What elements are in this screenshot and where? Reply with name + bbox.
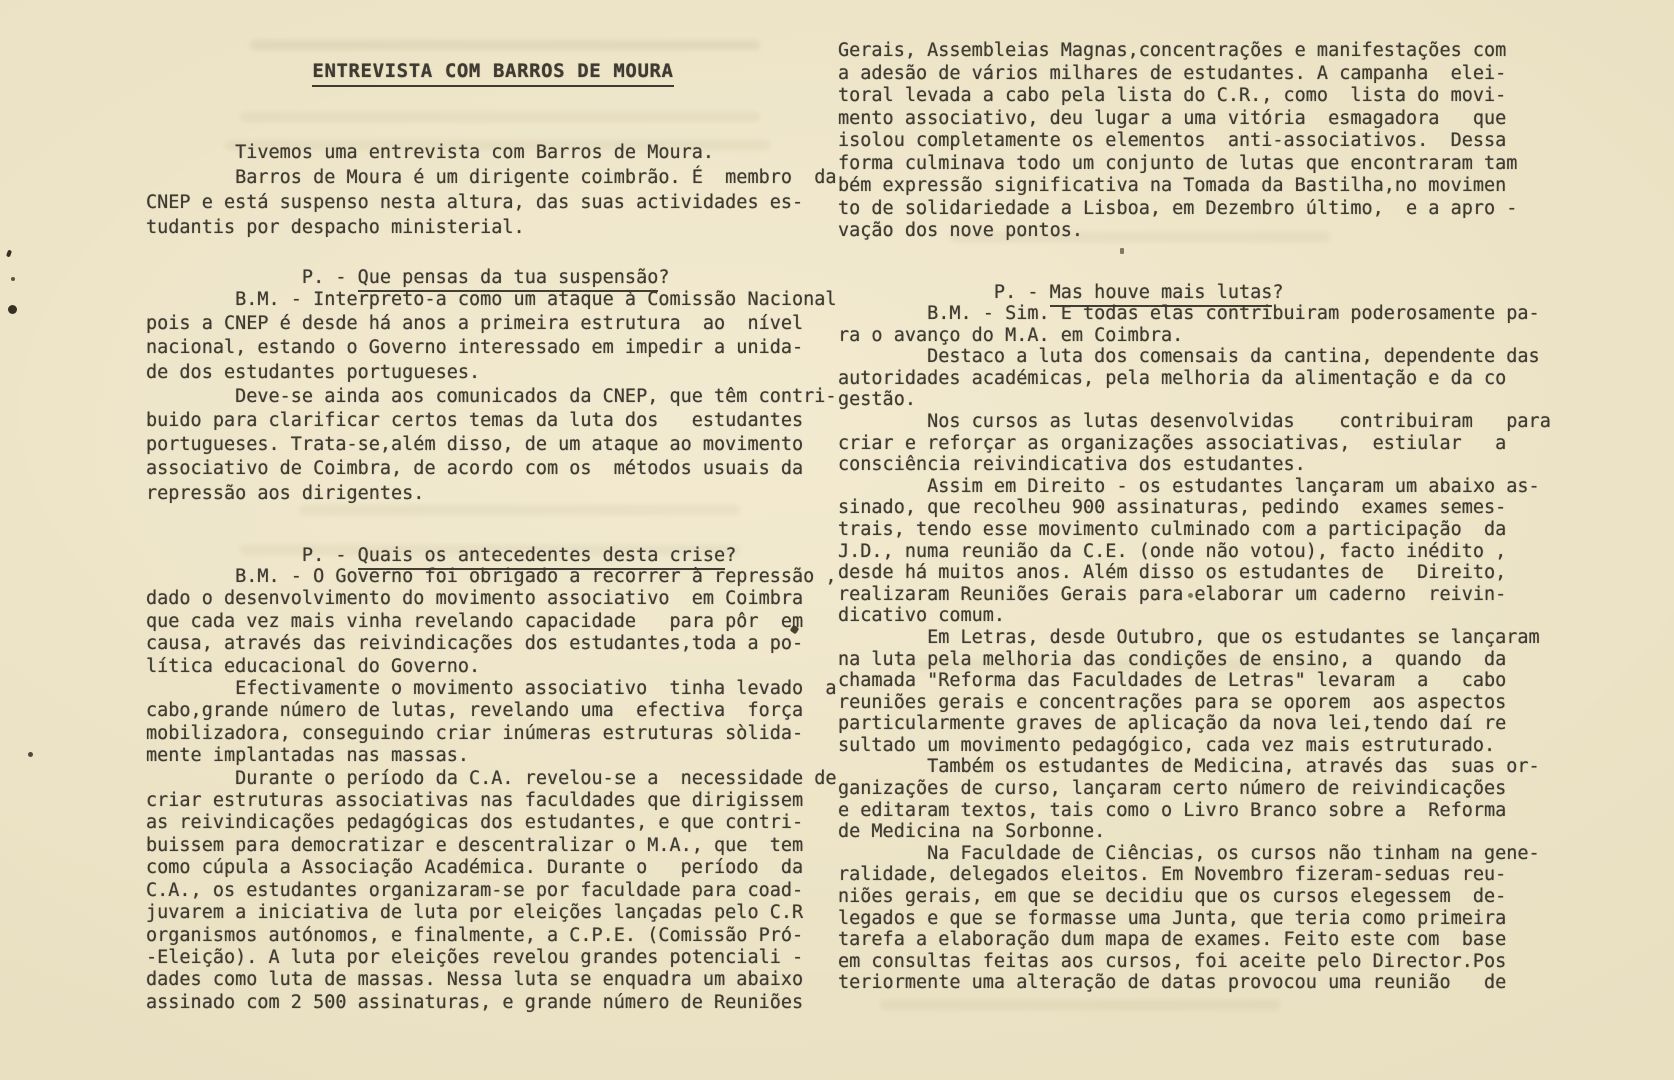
- text-line: de Medicina na Sorbonne.: [838, 821, 1544, 843]
- text-line: mento associativo, deu lugar a uma vitór…: [838, 108, 1544, 131]
- text-line: B.M. - Interpreto-a como um ataque à Com…: [146, 288, 840, 312]
- text-line: repressão aos dirigentes.: [146, 482, 840, 506]
- text-line: associativo de Coimbra, de acordo com os…: [146, 457, 840, 481]
- show-through-mark: [250, 40, 760, 50]
- text-line: cabo,grande número de lutas, revelando u…: [146, 700, 840, 722]
- text-line: Tivemos uma entrevista com Barros de Mou…: [146, 140, 840, 165]
- text-line: a adesão de vários milhares de estudante…: [838, 63, 1544, 86]
- text-line: J.D., numa reunião da C.E. (onde não vot…: [838, 541, 1544, 563]
- show-through-mark: [300, 505, 740, 515]
- text-line: Também os estudantes de Medicina, atravé…: [838, 756, 1544, 778]
- text-line: realizaram Reuniões Gerais para elaborar…: [838, 584, 1544, 606]
- text-line: lítica educacional do Governo.: [146, 656, 840, 678]
- question-prefix: P. -: [213, 545, 358, 566]
- text-line: trais, tendo esse movimento culminado co…: [838, 519, 1544, 541]
- text-line: de dos estudantes portugueses.: [146, 361, 840, 385]
- ink-speck: [11, 277, 15, 281]
- text-line: consciência reivindicativa dos estudante…: [838, 454, 1544, 476]
- ink-speck: [28, 752, 33, 757]
- text-line: Barros de Moura é um dirigente coimbrão.…: [146, 165, 840, 190]
- text-line: ralidade, delegados eleitos. Em Novembro…: [838, 864, 1544, 886]
- text-line: Durante o período da C.A. revelou-se a n…: [146, 768, 840, 790]
- continuation-paragraph: Gerais, Assembleias Magnas,concentrações…: [838, 40, 1544, 243]
- text-line: niões gerais, em que se decidiu que os c…: [838, 886, 1544, 908]
- text-line: Efectivamente o movimento associativo ti…: [146, 678, 840, 700]
- text-line: CNEP e está suspenso nesta altura, das s…: [146, 190, 840, 215]
- scanned-document-page: ENTREVISTA COM BARROS DE MOURA Tivemos u…: [0, 0, 1674, 1080]
- text-line: Deve-se ainda aos comunicados da CNEP, q…: [146, 385, 840, 409]
- text-line: tarefa a elaboração dum mapa de exames. …: [838, 929, 1544, 951]
- text-line: B.M. - O Governo foi obrigado a recorrer…: [146, 566, 840, 588]
- text-line: como cúpula a Associação Académica. Dura…: [146, 857, 840, 879]
- text-line: criar e reforçar as organizações associa…: [838, 433, 1544, 455]
- text-line: sinado, que recolheu 900 assinaturas, pe…: [838, 497, 1544, 519]
- text-line: Destaco a luta dos comensais da cantina,…: [838, 346, 1544, 368]
- text-line: autoridades académicas, pela melhoria da…: [838, 368, 1544, 390]
- intro-paragraph: Tivemos uma entrevista com Barros de Mou…: [146, 140, 840, 240]
- ink-speck: [1120, 248, 1124, 254]
- show-through-mark: [880, 1000, 1280, 1010]
- text-line: assinado com 2 500 assinaturas, e grande…: [146, 992, 840, 1014]
- text-line: Na Faculdade de Ciências, os cursos não …: [838, 843, 1544, 865]
- question-prefix: P. -: [905, 282, 1050, 303]
- ink-speck: [8, 305, 17, 314]
- text-line: dades como luta de massas. Nessa luta se…: [146, 969, 840, 991]
- text-line: toral levada a cabo pela lista do C.R., …: [838, 85, 1544, 108]
- text-line: que cada vez mais vinha revelando capaci…: [146, 611, 840, 633]
- text-line: chamada "Reforma das Faculdades de Letra…: [838, 670, 1544, 692]
- text-line: isolou completamente os elementos anti-a…: [838, 130, 1544, 153]
- text-line: dicativo comum.: [838, 605, 1544, 627]
- page-title: ENTREVISTA COM BARROS DE MOURA: [312, 60, 673, 87]
- answer-paragraph-1: B.M. - Interpreto-a como um ataque à Com…: [146, 288, 840, 506]
- text-line: portugueses. Trata-se,além disso, de um …: [146, 433, 840, 457]
- text-line: bém expressão significativa na Tomada da…: [838, 175, 1544, 198]
- text-line: mobilizadora, conseguindo criar inúmeras…: [146, 723, 840, 745]
- text-line: mente implantadas nas massas.: [146, 745, 840, 767]
- text-line: gestão.: [838, 389, 1544, 411]
- question-mark: ?: [658, 267, 669, 288]
- question-prefix: P. -: [213, 267, 358, 288]
- text-line: legados e que se formasse uma Junta, que…: [838, 908, 1544, 930]
- text-line: Gerais, Assembleias Magnas,concentrações…: [838, 40, 1544, 63]
- show-through-mark: [240, 112, 760, 122]
- text-line: na luta pela melhoria das condições de e…: [838, 649, 1544, 671]
- text-line: em consultas feitas aos cursos, foi acei…: [838, 951, 1544, 973]
- text-line: to de solidariedade a Lisboa, em Dezembr…: [838, 198, 1544, 221]
- text-line: teriormente uma alteração de datas provo…: [838, 972, 1544, 994]
- answer-paragraph-2: B.M. - O Governo foi obrigado a recorrer…: [146, 566, 840, 1014]
- text-line: ganizações de curso, lançaram certo núme…: [838, 778, 1544, 800]
- text-line: pois a CNEP é desde há anos a primeira e…: [146, 312, 840, 336]
- text-line: vação dos nove pontos.: [838, 220, 1544, 243]
- text-line: juvarem a iniciativa de luta por eleiçõe…: [146, 902, 840, 924]
- text-line: criar estruturas associativas nas faculd…: [146, 790, 840, 812]
- text-line: -Eleição). A luta por eleições revelou g…: [146, 947, 840, 969]
- text-line: causa, através das reivindicações dos es…: [146, 633, 840, 655]
- text-line: C.A., os estudantes organizaram-se por f…: [146, 880, 840, 902]
- answer-paragraph-3: B.M. - Sim. E todas elas contribuiram po…: [838, 303, 1544, 994]
- text-line: ra o avanço do M.A. em Coimbra.: [838, 325, 1544, 347]
- text-line: B.M. - Sim. E todas elas contribuiram po…: [838, 303, 1544, 325]
- question-mark: ?: [1272, 282, 1283, 303]
- text-line: forma culminava todo um conjunto de luta…: [838, 153, 1544, 176]
- text-line: Em Letras, desde Outubro, que os estudan…: [838, 627, 1544, 649]
- text-line: Nos cursos as lutas desenvolvidas contri…: [838, 411, 1544, 433]
- text-line: buido para clarificar certos temas da lu…: [146, 409, 840, 433]
- text-line: as reivindicações pedagógicas dos estuda…: [146, 812, 840, 834]
- text-line: desde há muitos anos. Além disso os estu…: [838, 562, 1544, 584]
- text-line: organismos autónomos, e finalmente, a C.…: [146, 925, 840, 947]
- text-line: reuniões gerais e concentrações para se …: [838, 692, 1544, 714]
- text-line: buissem para democratizar e descentraliz…: [146, 835, 840, 857]
- text-line: nacional, estando o Governo interessado …: [146, 336, 840, 360]
- text-line: dado o desenvolvimento do movimento asso…: [146, 588, 840, 610]
- text-line: sultado um movimento pedagógico, cada ve…: [838, 735, 1544, 757]
- text-line: particularmente graves de aplicação da n…: [838, 713, 1544, 735]
- text-line: Assim em Direito - os estudantes lançara…: [838, 476, 1544, 498]
- title-row: ENTREVISTA COM BARROS DE MOURA: [146, 60, 840, 87]
- text-line: tudantis por despacho ministerial.: [146, 215, 840, 240]
- question-mark: ?: [725, 545, 736, 566]
- text-line: e editaram textos, tais como o Livro Bra…: [838, 800, 1544, 822]
- ink-speck: [6, 250, 12, 258]
